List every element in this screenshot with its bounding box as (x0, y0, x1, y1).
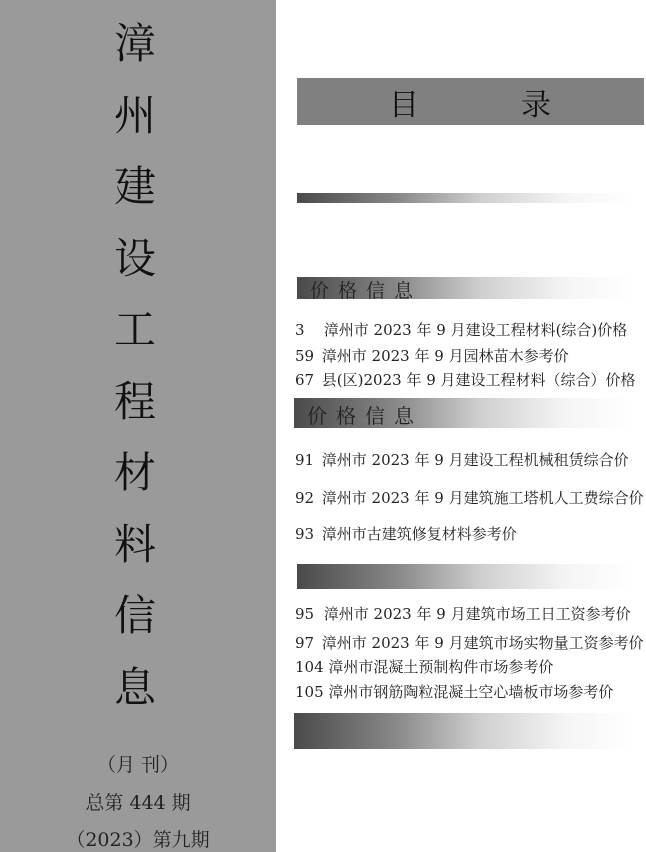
page-number: 92 (295, 489, 317, 507)
title-char: 料 (114, 509, 156, 581)
title-char: 信 (114, 580, 156, 652)
toc-entry[interactable]: 91 漳州市 2023 年 9 月建设工程机械租赁综合价 (295, 449, 629, 470)
section-header-bar (297, 564, 632, 589)
entry-title: 县(区)2023 年 9 月建设工程材料（综合）价格 (322, 371, 636, 389)
divider-bar (297, 193, 632, 203)
entry-title: 漳州市古建筑修复材料参考价 (322, 525, 517, 543)
year-issue-label: （2023）第九期 (0, 825, 276, 852)
toc-entry[interactable]: 97 漳州市 2023 年 9 月建筑市场实物量工资参考价 (295, 632, 644, 653)
toc-entry[interactable]: 67 县(区)2023 年 9 月建设工程材料（综合）价格 (295, 369, 636, 390)
entry-title: 漳州市 2023 年 9 月建筑市场实物量工资参考价 (322, 634, 644, 652)
toc-entry[interactable]: 92 漳州市 2023 年 9 月建筑施工塔机人工费综合价 (295, 487, 644, 508)
toc-title-bar: 目 录 (297, 78, 644, 125)
page-number: 97 (295, 634, 317, 652)
toc-title-right: 录 (521, 80, 551, 124)
title-char: 材 (114, 437, 156, 509)
toc-entry[interactable]: 104 漳州市混凝土预制构件市场参考价 (295, 656, 553, 677)
section-label: 价格信息 (307, 400, 423, 429)
title-char: 程 (114, 366, 156, 438)
vertical-publication-title: 漳 州 建 设 工 程 材 料 信 息 (0, 8, 276, 723)
title-char: 设 (114, 223, 156, 295)
entry-title: 漳州市 2023 年 9 月建筑市场工日工资参考价 (324, 605, 631, 623)
entry-title: 漳州市 2023 年 9 月建设工程材料(综合)价格 (324, 321, 628, 339)
title-char: 州 (114, 80, 156, 152)
page-number: 104 (295, 658, 324, 676)
page-number: 67 (295, 371, 317, 389)
entry-title: 漳州市混凝土预制构件市场参考价 (328, 658, 553, 676)
frequency-label: （月 刊） (0, 750, 276, 777)
page-number: 3 (295, 321, 319, 339)
entry-title: 漳州市 2023 年 9 月建设工程机械租赁综合价 (322, 451, 629, 469)
title-char: 建 (114, 151, 156, 223)
entry-title: 漳州市 2023 年 9 月园林苗木参考价 (322, 347, 569, 365)
page-number: 93 (295, 525, 317, 543)
cover-side-panel: 漳 州 建 设 工 程 材 料 信 息 （月 刊） 总第 444 期 （2023… (0, 0, 276, 852)
toc-entry[interactable]: 105 漳州市钢筋陶粒混凝土空心墙板市场参考价 (295, 681, 613, 702)
title-char: 息 (114, 652, 156, 724)
toc-entry[interactable]: 93 漳州市古建筑修复材料参考价 (295, 523, 517, 544)
total-issue-label: 总第 444 期 (0, 788, 276, 815)
footer-bar (294, 713, 632, 749)
toc-title-left: 目 (389, 80, 419, 124)
page-number: 59 (295, 347, 317, 365)
entry-title: 漳州市 2023 年 9 月建筑施工塔机人工费综合价 (322, 489, 644, 507)
entry-title: 漳州市钢筋陶粒混凝土空心墙板市场参考价 (328, 683, 613, 701)
title-char: 工 (114, 294, 156, 366)
page-number: 91 (295, 451, 317, 469)
title-char: 漳 (114, 8, 156, 80)
section-label: 价格信息 (310, 276, 422, 303)
page-number: 105 (295, 683, 324, 701)
page-number: 95 (295, 605, 319, 623)
toc-entry[interactable]: 95 漳州市 2023 年 9 月建筑市场工日工资参考价 (295, 603, 631, 624)
toc-entry[interactable]: 59 漳州市 2023 年 9 月园林苗木参考价 (295, 345, 569, 366)
toc-entry[interactable]: 3 漳州市 2023 年 9 月建设工程材料(综合)价格 (295, 319, 627, 340)
